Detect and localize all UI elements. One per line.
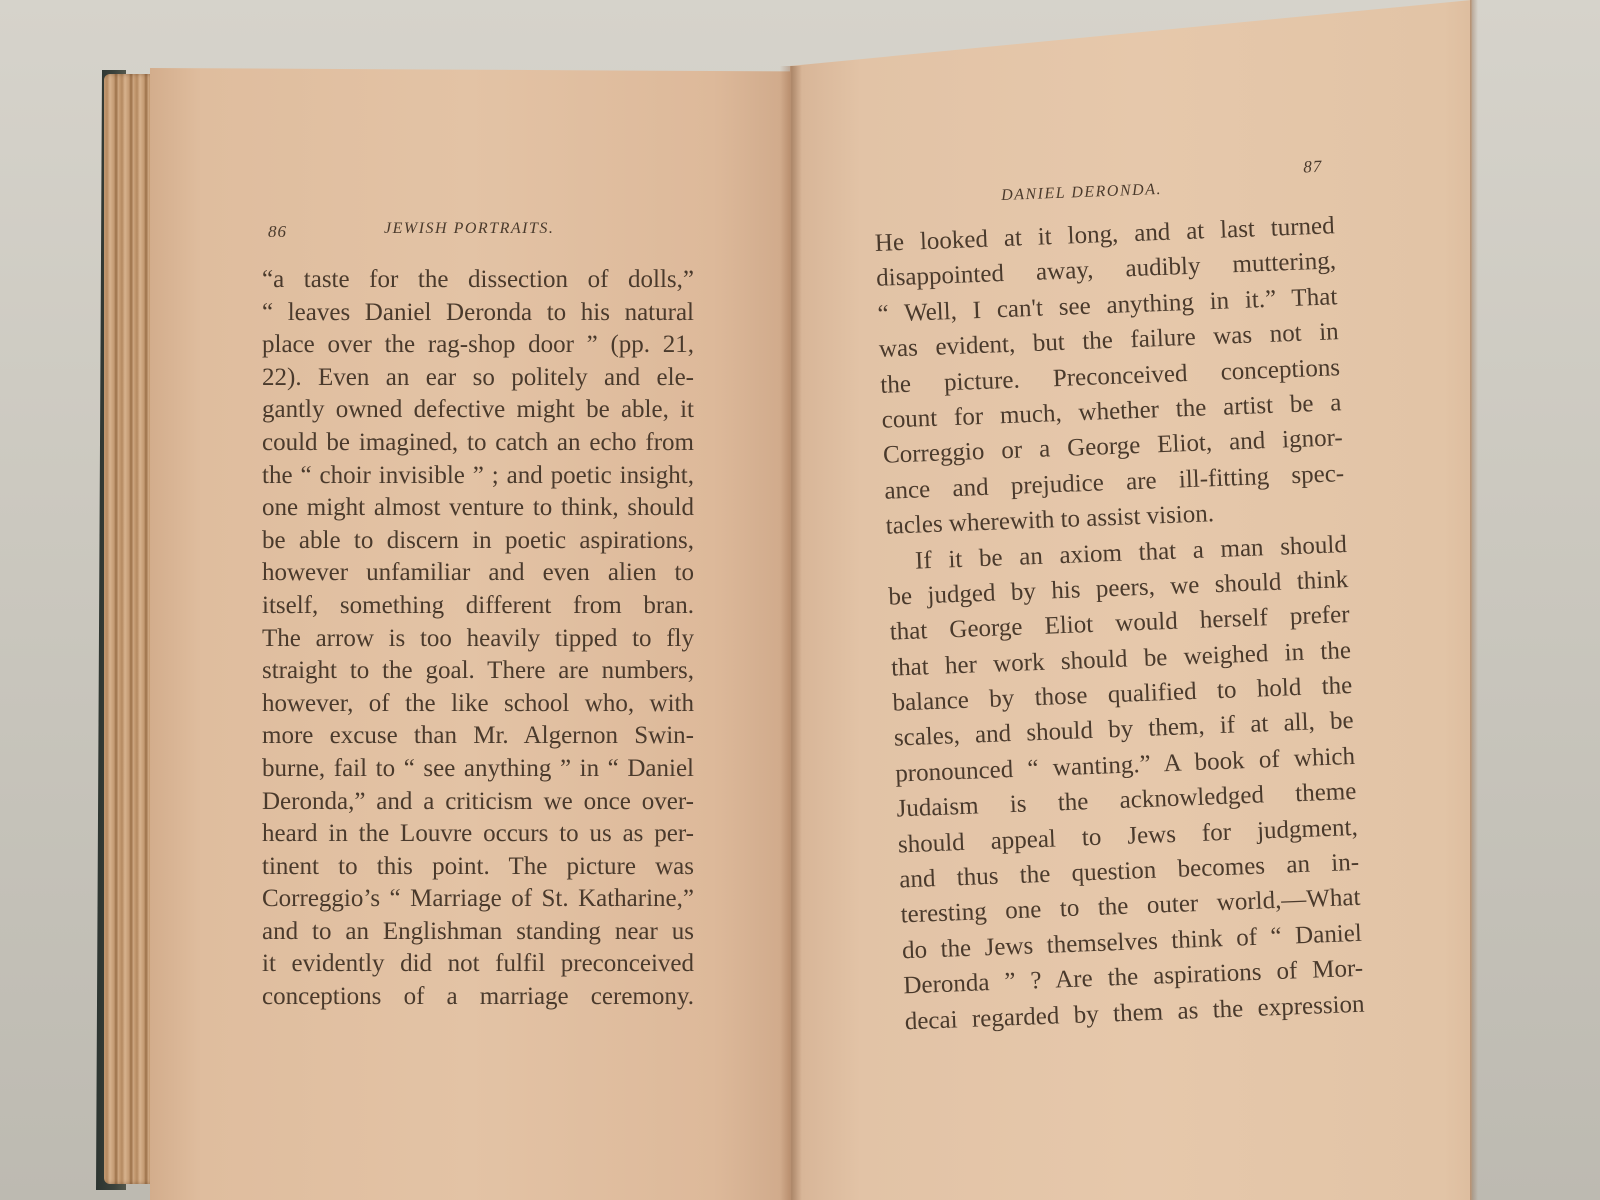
text-line: itself, something different from bran. [262,590,694,623]
right-running-title: DANIEL DERONDA. [1001,181,1162,205]
text-line: place over the rag-shop door ” (pp. 21, [262,329,694,362]
text-line: one might almost venture to think, shoul… [262,492,694,525]
text-line: be able to discern in poetic aspirations… [262,525,694,558]
left-page-text: 86 JEWISH PORTRAITS. “a taste for the di… [262,216,694,1014]
photo-scene: 86 JEWISH PORTRAITS. “a taste for the di… [0,0,1600,1200]
text-line: “ leaves Daniel Deronda to his natural [262,297,694,330]
text-line: could be imagined, to catch an echo from [262,427,694,460]
right-page-text: DANIEL DERONDA. 87 He looked at it long,… [872,150,1365,1039]
text-line: 22). Even an ear so politely and ele- [262,362,694,395]
text-line: heard in the Louvre occurs to us as per- [262,818,694,851]
right-page-number: 87 [1303,157,1323,178]
text-line: burne, fail to “ see anything ” in “ Dan… [262,753,694,786]
text-line: the “ choir invisible ” ; and poetic ins… [262,460,694,493]
left-page-number: 86 [268,222,287,242]
left-running-head: 86 JEWISH PORTRAITS. [262,216,694,264]
left-running-title: JEWISH PORTRAITS. [384,220,554,238]
page-edges-stack [104,74,156,1184]
book-gutter [780,66,802,1200]
text-line: however, of the like school who, with [262,688,694,721]
text-line: tinent to this point. The picture was [262,851,694,884]
right-page-edge [1470,0,1478,1200]
text-line: gantly owned defective might be able, it [262,394,694,427]
text-line: Correggio’s “ Marriage of St. Katharine,… [262,883,694,916]
text-line: conceptions of a marriage ceremony. [262,981,694,1014]
text-line: Deronda,” and a criticism we once over- [262,786,694,819]
text-line: however unfamiliar and even alien to [262,557,694,590]
text-line: more excuse than Mr. Algernon Swin- [262,720,694,753]
text-line: straight to the goal. There are numbers, [262,655,694,688]
text-line: it evidently did not fulfil preconceived [262,948,694,981]
text-line: The arrow is too heavily tipped to fly [262,623,694,656]
text-line: and to an Englishman standing near us [262,916,694,949]
text-line: “a taste for the dissection of dolls,” [262,264,694,297]
